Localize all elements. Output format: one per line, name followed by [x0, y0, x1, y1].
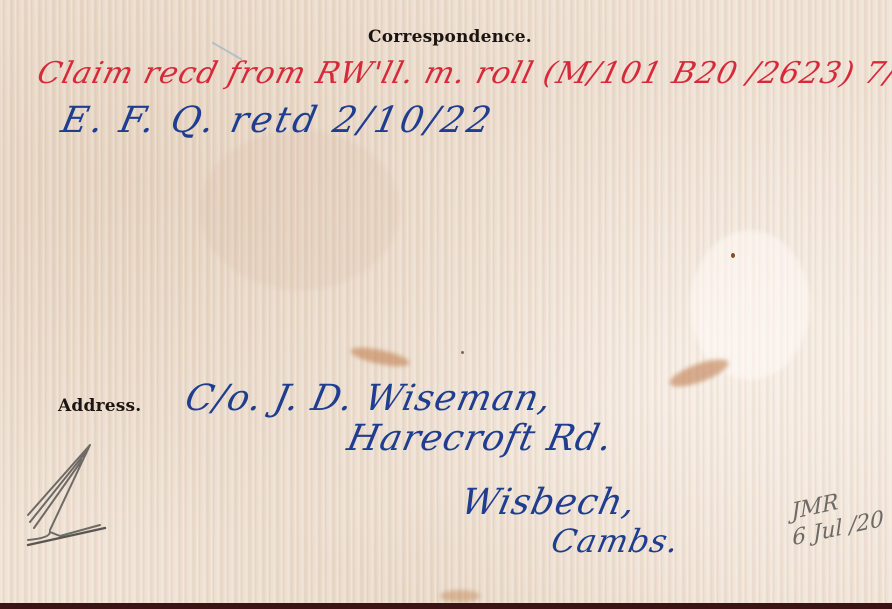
- rust-stain: [349, 344, 411, 370]
- paper-speck: [461, 351, 464, 354]
- record-card: Correspondence. Claim recd from RW'll. m…: [0, 0, 892, 603]
- address-line-1: C/o. J. D. Wiseman,: [182, 378, 556, 419]
- correspondence-entry-blue: E. F. Q. retd 2/10/22: [58, 100, 498, 141]
- correspondence-entry-red: Claim recd from RW'll. m. roll (M/101 B2…: [34, 56, 892, 91]
- paper-speck: [731, 253, 735, 258]
- rust-stain: [440, 590, 480, 602]
- address-line-4: Cambs.: [548, 522, 683, 560]
- paper-discoloration: [200, 130, 400, 290]
- address-line-2: Harecroft Rd.: [344, 418, 617, 459]
- address-label: Address.: [58, 396, 141, 416]
- correspondence-heading: Correspondence.: [368, 27, 532, 47]
- address-line-3: Wisbech,: [458, 482, 640, 523]
- paper-light-patch: [690, 230, 810, 380]
- card-bottom-edge: [0, 603, 892, 609]
- pencil-tick-mark-icon: [20, 440, 110, 555]
- rust-stain: [667, 354, 731, 392]
